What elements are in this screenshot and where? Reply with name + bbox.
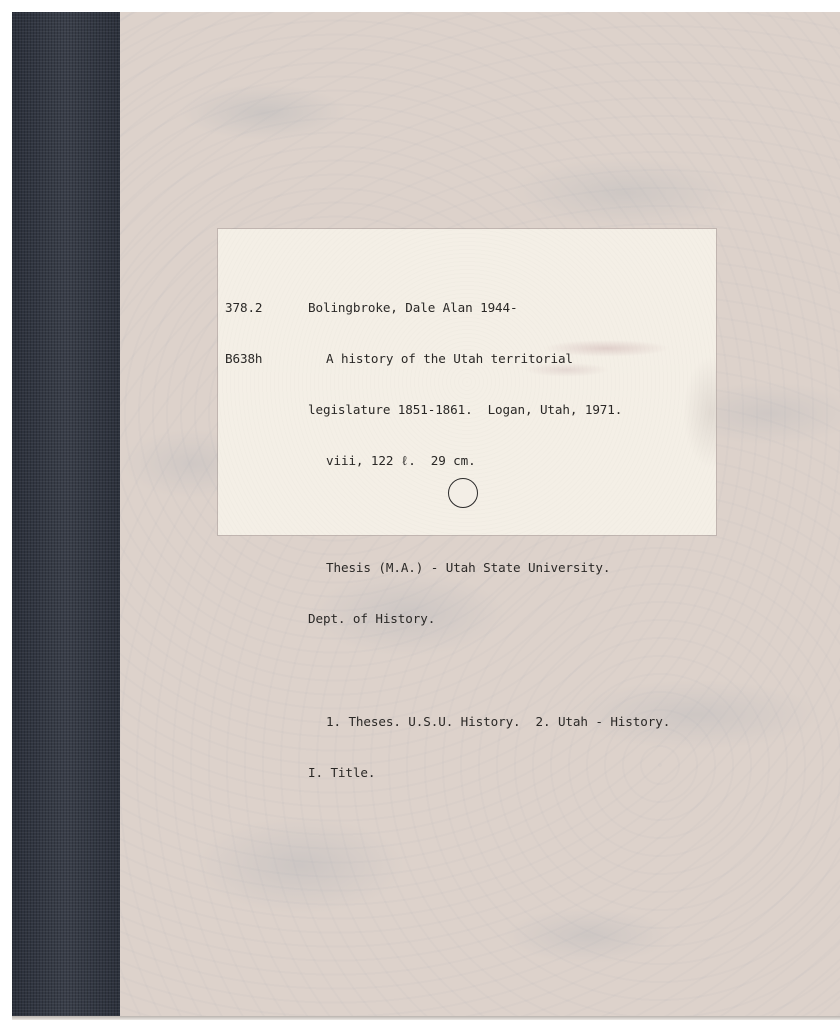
- note-line-2: Dept. of History.: [308, 610, 670, 627]
- title-line-1: A history of the Utah territorial: [308, 350, 670, 367]
- call-number: 378.2 B638h: [225, 265, 270, 401]
- call-number-class: 378.2: [225, 299, 270, 316]
- catalog-card: 378.2 B638h Bolingbroke, Dale Alan 1944-…: [218, 229, 716, 535]
- main-entry: Bolingbroke, Dale Alan 1944-: [308, 299, 670, 316]
- card-body: Bolingbroke, Dale Alan 1944- A history o…: [308, 265, 670, 815]
- spacer: [308, 503, 670, 525]
- book-spine: [12, 12, 120, 1016]
- tracings-line-1: 1. Theses. U.S.U. History. 2. Utah - His…: [308, 713, 670, 730]
- call-number-cutter: B638h: [225, 350, 270, 367]
- collation: viii, 122 ℓ. 29 cm.: [308, 452, 670, 469]
- note-line-1: Thesis (M.A.) - Utah State University.: [308, 559, 670, 576]
- spacer: [308, 661, 670, 679]
- book: 378.2 B638h Bolingbroke, Dale Alan 1944-…: [12, 12, 840, 1016]
- tracings-line-2: I. Title.: [308, 764, 670, 781]
- title-line-2: legislature 1851-1861. Logan, Utah, 1971…: [308, 401, 670, 418]
- card-rod-hole-icon: [448, 478, 478, 508]
- page-edge: [12, 1016, 840, 1020]
